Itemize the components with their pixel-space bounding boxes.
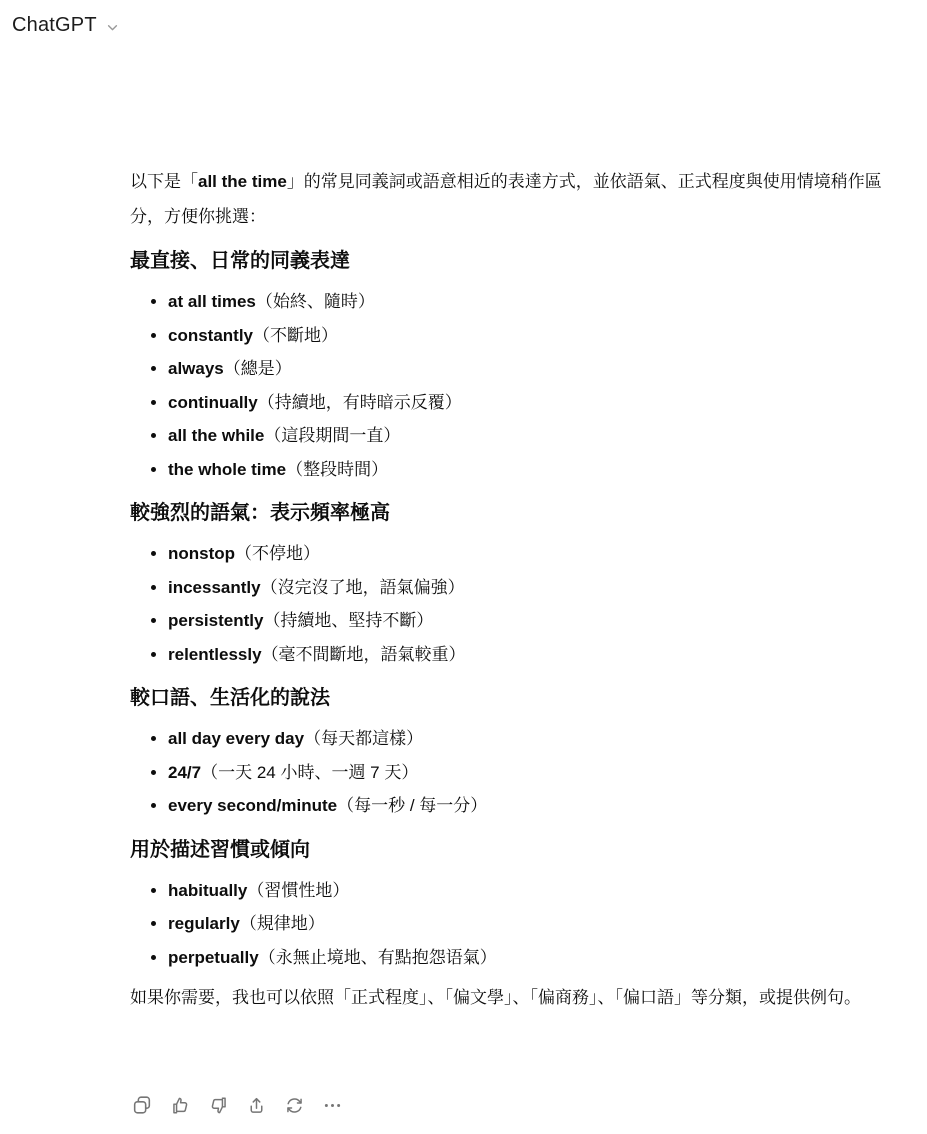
list-item: always（總是） <box>168 352 898 386</box>
term-note: （每一秒 / 每一分） <box>337 796 487 815</box>
term-note: （總是） <box>224 359 292 378</box>
list-item: relentlessly（毫不間斷地，語氣較重） <box>168 638 898 672</box>
share-button[interactable] <box>241 1090 271 1120</box>
list-item: constantly（不斷地） <box>168 319 898 353</box>
term-text: all day every day <box>168 729 304 748</box>
term-note: （規律地） <box>240 914 325 933</box>
synonym-list: nonstop（不停地） incessantly（沒完沒了地，語氣偏強） per… <box>130 537 898 671</box>
share-upload-icon <box>246 1095 267 1116</box>
synonym-list: at all times（始終、隨時） constantly（不斷地） alwa… <box>130 285 898 486</box>
term-text: regularly <box>168 914 240 933</box>
copy-button[interactable] <box>127 1090 157 1120</box>
app-title[interactable]: ChatGPT <box>12 14 97 37</box>
term-text: every second/minute <box>168 796 337 815</box>
term-note: （始終、隨時） <box>256 292 375 311</box>
outro-paragraph: 如果你需要，我也可以依照「正式程度」、「偏文學」、「偏商務」、「偏口語」等分類，… <box>130 980 898 1015</box>
synonym-list: habitually（習慣性地） regularly（規律地） perpetua… <box>130 874 898 975</box>
term-note: （整段時間） <box>286 460 388 479</box>
thumbs-up-icon <box>170 1095 191 1116</box>
term-text: the whole time <box>168 460 286 479</box>
section-heading-direct: 最直接、日常的同義表達 <box>130 248 898 275</box>
list-item: regularly（規律地） <box>168 907 898 941</box>
term-text: habitually <box>168 881 247 900</box>
list-item: habitually（習慣性地） <box>168 874 898 908</box>
assistant-message: 以下是「all the time」的常見同義詞或語意相近的表達方式，並依語氣、正… <box>130 164 898 1015</box>
term-note: （每天都這樣） <box>304 729 423 748</box>
good-response-button[interactable] <box>165 1090 195 1120</box>
list-item: at all times（始終、隨時） <box>168 285 898 319</box>
more-options-icon <box>322 1095 343 1116</box>
term-text: persistently <box>168 611 263 630</box>
section-heading-habit: 用於描述習慣或傾向 <box>130 837 898 864</box>
chevron-down-icon <box>104 19 121 36</box>
regenerate-icon <box>284 1095 305 1116</box>
term-text: continually <box>168 393 258 412</box>
term-text: 24/7 <box>168 763 201 782</box>
term-note: （一天 24 小時、一週 7 天） <box>201 763 418 782</box>
copy-icon <box>131 1094 153 1116</box>
term-note: （毫不間斷地，語氣較重） <box>262 645 466 664</box>
section-heading-strong: 較強烈的語氣：表示頻率極高 <box>130 500 898 527</box>
intro-paragraph: 以下是「all the time」的常見同義詞或語意相近的表達方式，並依語氣、正… <box>130 164 898 234</box>
bad-response-button[interactable] <box>203 1090 233 1120</box>
term-note: （不斷地） <box>253 326 338 345</box>
list-item: persistently（持續地、堅持不斷） <box>168 604 898 638</box>
list-item: every second/minute（每一秒 / 每一分） <box>168 789 898 823</box>
list-item: nonstop（不停地） <box>168 537 898 571</box>
term-text: all the while <box>168 426 264 445</box>
term-note: （習慣性地） <box>247 881 349 900</box>
list-item: 24/7（一天 24 小時、一週 7 天） <box>168 756 898 790</box>
intro-bold-term: all the time <box>198 172 287 191</box>
term-text: constantly <box>168 326 253 345</box>
synonym-list: all day every day（每天都這樣） 24/7（一天 24 小時、一… <box>130 722 898 823</box>
term-text: relentlessly <box>168 645 262 664</box>
term-text: at all times <box>168 292 256 311</box>
list-item: all day every day（每天都這樣） <box>168 722 898 756</box>
regenerate-button[interactable] <box>279 1090 309 1120</box>
term-text: perpetually <box>168 948 259 967</box>
message-actions <box>127 1090 347 1120</box>
term-text: nonstop <box>168 544 235 563</box>
list-item: incessantly（沒完沒了地，語氣偏強） <box>168 571 898 605</box>
term-note: （持續地，有時暗示反覆） <box>258 393 462 412</box>
term-text: incessantly <box>168 578 261 597</box>
list-item: continually（持續地，有時暗示反覆） <box>168 386 898 420</box>
term-note: （不停地） <box>235 544 320 563</box>
term-text: always <box>168 359 224 378</box>
term-note: （持續地、堅持不斷） <box>263 611 433 630</box>
list-item: the whole time（整段時間） <box>168 453 898 487</box>
section-heading-colloquial: 較口語、生活化的說法 <box>130 685 898 712</box>
thumbs-down-icon <box>208 1095 229 1116</box>
list-item: all the while（這段期間一直） <box>168 419 898 453</box>
more-options-button[interactable] <box>317 1090 347 1120</box>
term-note: （沒完沒了地，語氣偏強） <box>261 578 465 597</box>
term-note: （這段期間一直） <box>264 426 400 445</box>
term-note: （永無止境地、有點抱怨语氣） <box>259 948 497 967</box>
intro-text-pre: 以下是「 <box>130 172 198 191</box>
model-switcher[interactable]: ChatGPT <box>12 14 121 37</box>
list-item: perpetually（永無止境地、有點抱怨语氣） <box>168 941 898 975</box>
